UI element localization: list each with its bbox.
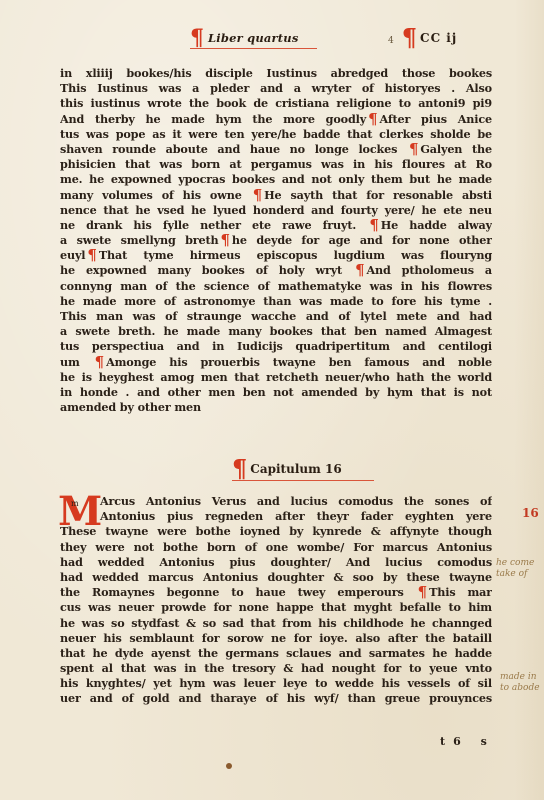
text-line: in xliiij bookes/his disciple Iustinus a… [60,66,492,81]
text-line: These twayne were bothe ioyned by kynred… [60,524,492,539]
text-line: Antonius pius regneden after theyr fader… [60,509,492,524]
text-line: he expowned many bookes of holy wryt ¶An… [60,263,492,278]
text-line: cus was neuer prowde for none happe that… [60,600,492,615]
text-line: euyl¶That tyme hirmeus episcopus lugdium… [60,248,492,263]
text-line: um ¶Amonge his prouerbis twayne ben famo… [60,355,492,370]
text-line: phisicien that was born at pergamus was … [60,157,492,172]
pilcrow-icon: ¶ [190,27,204,49]
text-line: nence that he vsed he lyued honderd and … [60,203,492,218]
text-segment: many volumes of his owne [60,188,242,202]
text-segment: ne drank his fylle nether ete rawe fruyt… [60,218,356,232]
ink-stain [226,763,232,769]
text-segment: shaven rounde aboute and haue no longe l… [60,142,397,156]
pilcrow-icon: ¶ [369,219,378,231]
text-line: neuer his semblaunt for sorow ne for ioy… [60,631,492,646]
chapter-heading: ¶ Capitulum 16 [232,458,374,481]
text-line: And therby he made hym the more goodly¶A… [60,112,492,127]
text-segment: Galyen the [420,142,492,156]
text-line: amended by other men [60,400,492,415]
text-segment: That tyme hirmeus episcopus lugdium was … [99,248,492,262]
text-line: his knyghtes/ yet hym was leuer leye to … [60,676,492,691]
text-line: uer and of gold and tharaye of his wyf/ … [60,691,492,706]
text-line: connyng man of the science of mathematyk… [60,279,492,294]
pilcrow-icon: ¶ [409,143,418,155]
text-segment: Amonge his prouerbis twayne ben famous a… [106,355,492,369]
marginal-note-line: take of [496,569,534,580]
marginal-note-line: he come [496,558,534,569]
text-line: shaven rounde aboute and haue no longe l… [60,142,492,157]
text-line: tus perspectiua and in Iudicijs quadripe… [60,339,492,354]
text-segment: he deyde for age and for none other [232,233,492,247]
pilcrow-icon: ¶ [402,26,417,50]
text-segment: He hadde alway [381,218,492,232]
text-segment: After pius Anice [380,112,493,126]
pilcrow-icon: ¶ [87,249,96,261]
pilcrow-icon: ¶ [253,189,262,201]
text-line: this iustinus wrote the book de cristian… [60,96,492,111]
signature-mark: t6 s [440,735,495,748]
text-line: a swete breth. he made many bookes that … [60,324,492,339]
folio-number: 4 ¶ CC ij [388,28,457,48]
pilcrow-icon: ¶ [368,113,377,125]
marginal-note: made in to abode [500,672,540,694]
body-text-bottom: Arcus Antonius Verus and lucius comodus … [60,494,492,707]
chapter-title: Capitulum 16 [250,462,341,476]
margin-number: 16 [522,506,539,520]
text-line: ne drank his fylle nether ete rawe fruyt… [60,218,492,233]
text-segment: This mar [429,585,492,599]
pilcrow-icon: ¶ [418,586,427,598]
text-line: that he dyde ayenst the germans sclaues … [60,646,492,661]
marginal-note: he come take of [496,558,534,580]
marginal-note-line: to abode [500,683,540,694]
text-line: he was so stydfast & so sad that from hi… [60,616,492,631]
text-line: This Iustinus was a pleder and a wryter … [60,81,492,96]
manuscript-page: ¶ Liber quartus 4 ¶ CC ij in xliiij book… [0,0,544,800]
text-line: he is heyghest amog men that retcheth ne… [60,370,492,385]
text-segment: He sayth that for resonable absti [264,188,492,202]
text-line: Arcus Antonius Verus and lucius comodus … [60,494,492,509]
marginal-note-line: made in [500,672,540,683]
text-line: they were not bothe born of one wombe/ F… [60,540,492,555]
text-segment: um [60,355,80,369]
text-line: he made more of astronomye than was made… [60,294,492,309]
text-line: had wedded marcus Antonius doughter & so… [60,570,492,585]
running-head-title: ¶ Liber quartus [190,28,317,49]
pilcrow-icon: ¶ [221,234,230,246]
text-segment: euyl [60,248,85,262]
book-title: Liber quartus [208,31,299,45]
text-line: in honde . and other men ben not amended… [60,385,492,400]
text-line: tus was pope as it were ten yere/he badd… [60,127,492,142]
body-text-top: in xliiij bookes/his disciple Iustinus a… [60,66,492,415]
text-segment: the Romaynes begonne to haue twey empero… [60,585,404,599]
running-head: ¶ Liber quartus 4 ¶ CC ij [190,28,490,54]
text-line: the Romaynes begonne to haue twey empero… [60,585,492,600]
text-segment: a swete smellyng breth [60,233,219,247]
pilcrow-icon: ¶ [355,264,364,276]
text-segment: And ptholomeus a [366,263,492,277]
text-line: This man was of straunge wacche and of l… [60,309,492,324]
text-line: many volumes of his owne ¶He sayth that … [60,188,492,203]
pilcrow-icon: ¶ [232,457,247,481]
folio-label: CC ij [420,31,457,45]
text-line: spent al that was in the tresory & had n… [60,661,492,676]
text-segment: he expowned many bookes of holy wryt [60,263,342,277]
pilcrow-icon: ¶ [95,356,104,368]
text-line: had wedded Antonius pius doughter/ And l… [60,555,492,570]
text-segment: And therby he made hym the more goodly [60,112,366,126]
text-line: a swete smellyng breth¶he deyde for age … [60,233,492,248]
folio-marker: 4 [388,36,394,46]
text-line: me. he expowned ypocras bookes and not o… [60,172,492,187]
